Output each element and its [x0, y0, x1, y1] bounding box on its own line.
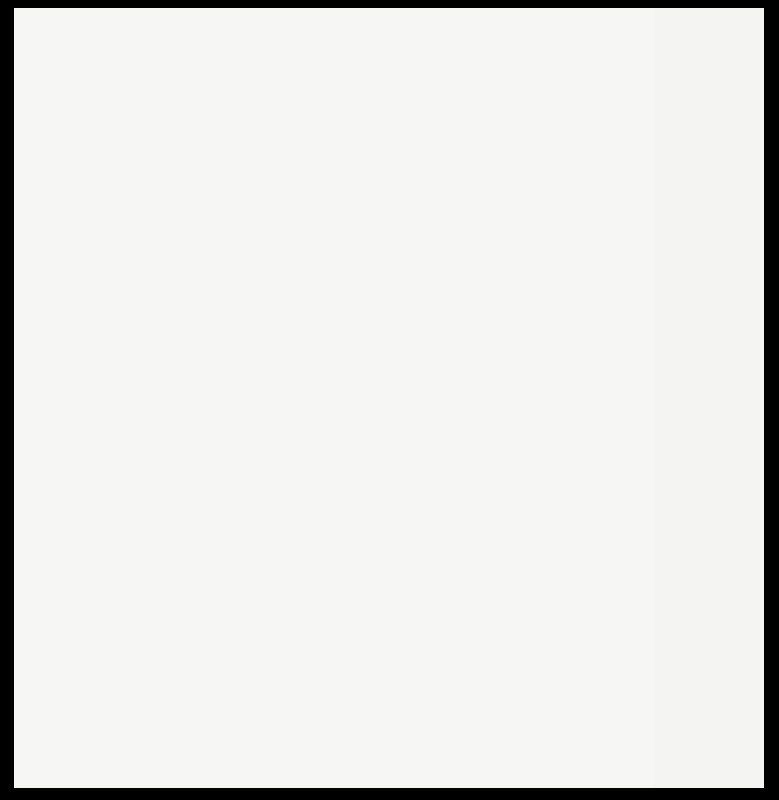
page-number-field: [89, 42, 92, 57]
left-census-sheet: [14, 8, 654, 788]
census-page-scan: [14, 8, 764, 788]
supervisor-district-field: [89, 56, 92, 71]
